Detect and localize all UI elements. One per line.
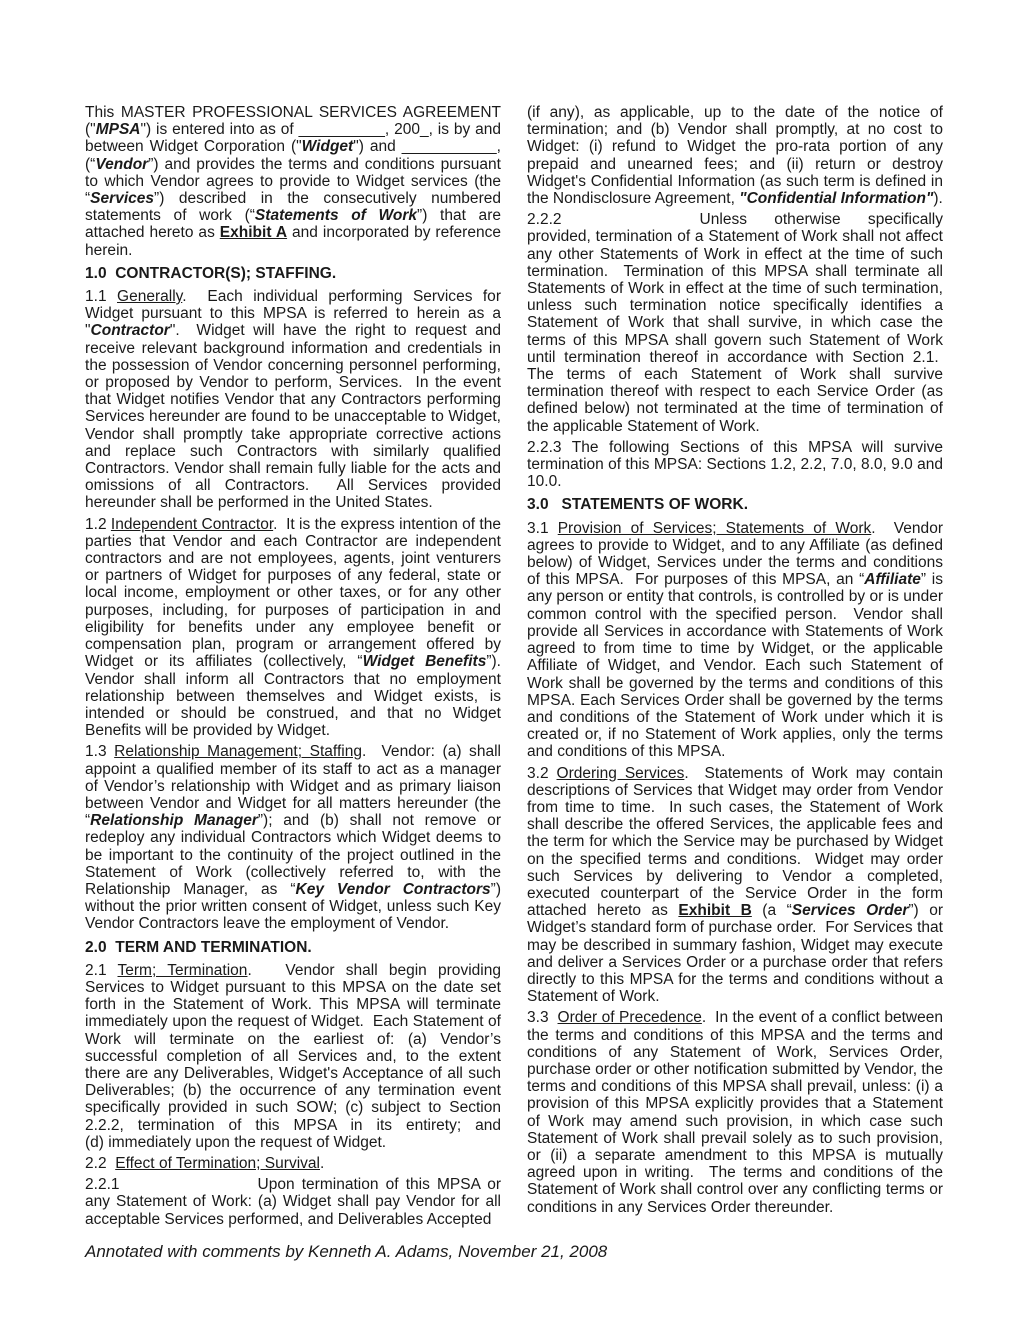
text-run: Relationship Management; Staffing — [114, 743, 362, 760]
text-run: 2.2.1 — [85, 1176, 120, 1193]
paragraph: 2.2.2Unless otherwise specifically provi… — [527, 211, 943, 435]
text-run: 3.2 — [527, 765, 557, 782]
text-run: Relationship Manager — [90, 812, 258, 829]
paragraph: This MASTER PROFESSIONAL SERVICES AGREEM… — [85, 104, 501, 259]
text-run: Widget Benefits — [363, 653, 487, 670]
text-run: 2.1 — [85, 962, 118, 979]
text-run: . In the event of a conflict between the… — [527, 1009, 943, 1215]
text-run: . — [332, 265, 336, 282]
right-column: (if any), as applicable, up to the date … — [527, 104, 943, 1220]
tab-spacer — [120, 1188, 258, 1189]
text-run: . Vendor shall begin providing Services … — [85, 962, 501, 1151]
text-run: 2.2 — [85, 1155, 115, 1172]
left-column: This MASTER PROFESSIONAL SERVICES AGREEM… — [85, 104, 501, 1232]
text-run: Services Order — [792, 902, 909, 919]
text-run: 2.2.3 The following Sections of this MPS… — [527, 439, 943, 490]
text-run: Order of Precedence — [558, 1009, 702, 1026]
text-run: Affiliate — [864, 571, 921, 588]
text-run: Statements of Work — [255, 207, 417, 224]
text-run: 3.1 — [527, 520, 558, 537]
paragraph: 1.2 Independent Contractor. It is the ex… — [85, 516, 501, 740]
paragraph: 3.2 Ordering Services. Statements of Wor… — [527, 765, 943, 1006]
paragraph: (if any), as applicable, up to the date … — [527, 104, 943, 207]
text-run: Exhibit A — [220, 224, 287, 241]
section-heading: 1.0 CONTRACTOR(S); STAFFING. — [85, 265, 501, 282]
text-run: 3.0 STATEMENTS OF WORK — [527, 496, 744, 513]
text-run: Contractor — [91, 322, 170, 339]
text-run: Exhibit B — [678, 902, 751, 919]
text-run: 2.0 TERM AND TERMINATION — [85, 939, 307, 956]
text-run: 2.2.2 — [527, 211, 562, 228]
text-run: 1.2 — [85, 516, 111, 533]
text-run: Term; Termination — [118, 962, 248, 979]
text-run: Generally — [117, 288, 182, 305]
text-run: . — [744, 496, 748, 513]
paragraph: 2.2 Effect of Termination; Survival. — [85, 1155, 501, 1172]
annotation-footer: Annotated with comments by Kenneth A. Ad… — [85, 1241, 607, 1262]
text-run: Provision of Services; Statements of Wor… — [558, 520, 872, 537]
text-run: Ordering Services — [557, 765, 685, 782]
text-run: ” is any person or entity that controls,… — [527, 571, 943, 760]
text-run: MPSA — [96, 121, 141, 138]
document-page: This MASTER PROFESSIONAL SERVICES AGREEM… — [0, 0, 1020, 1320]
text-run: . Statements of Work may contain descrip… — [527, 765, 943, 920]
text-run: Unless otherwise specifically provided, … — [527, 211, 943, 434]
section-heading: 2.0 TERM AND TERMINATION. — [85, 939, 501, 956]
paragraph: 2.2.1Upon termination of this MPSA or an… — [85, 1176, 501, 1228]
paragraph: 3.3 Order of Precedence. In the event of… — [527, 1009, 943, 1215]
paragraph: 1.1 Generally. Each individual performin… — [85, 288, 501, 512]
text-run: Independent Contractor — [111, 516, 273, 533]
text-run: Widget — [302, 138, 354, 155]
section-heading: 3.0 STATEMENTS OF WORK. — [527, 496, 943, 513]
text-run: 1.0 CONTRACTOR(S); STAFFING — [85, 265, 332, 282]
text-run: Services — [90, 190, 154, 207]
text-run: . It is the express intention of the par… — [85, 516, 501, 671]
text-run: Vendor — [95, 156, 148, 173]
paragraph: 2.2.3 The following Sections of this MPS… — [527, 439, 943, 491]
paragraph: 3.1 Provision of Services; Statements of… — [527, 520, 943, 761]
text-run: 1.1 — [85, 288, 117, 305]
text-run: ". Widget will have the right to request… — [85, 322, 501, 511]
text-run: Key Vendor Contractors — [296, 881, 491, 898]
text-run: ). — [933, 190, 943, 207]
text-run: Effect of Termination; Survival — [115, 1155, 320, 1172]
paragraph: 1.3 Relationship Management; Staffing. V… — [85, 743, 501, 932]
text-run: Upon termination of this MPSA or any Sta… — [85, 1176, 501, 1227]
text-run: . — [307, 939, 311, 956]
text-run: (a “ — [752, 902, 792, 919]
text-run: 1.3 — [85, 743, 114, 760]
text-run: "Confidential Information" — [739, 190, 933, 207]
tab-spacer — [562, 223, 700, 224]
text-run: 3.3 — [527, 1009, 558, 1026]
text-run: . — [320, 1155, 324, 1172]
paragraph: 2.1 Term; Termination. Vendor shall begi… — [85, 962, 501, 1151]
